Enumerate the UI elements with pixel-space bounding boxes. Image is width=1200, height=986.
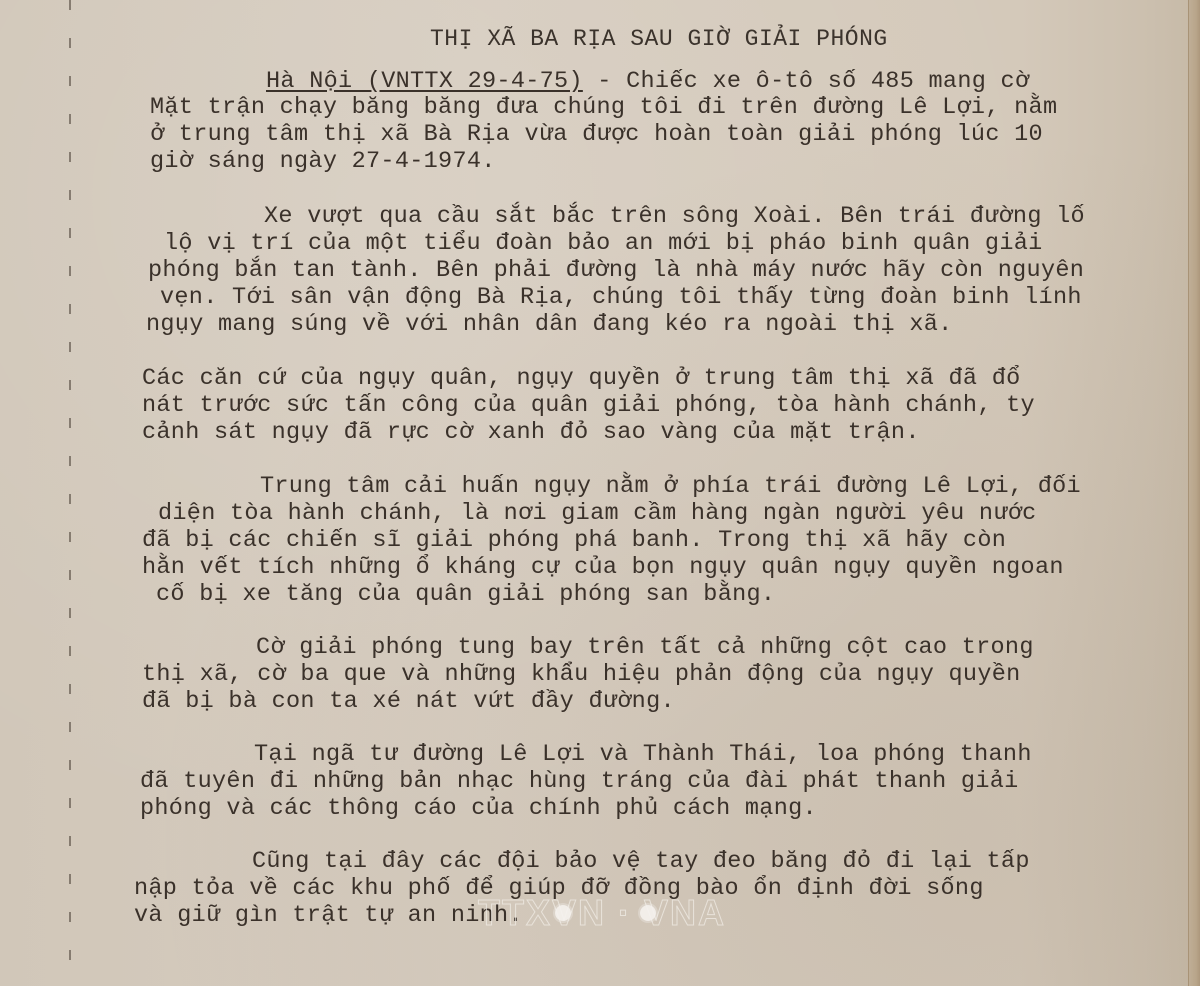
document-line: giờ sáng ngày 27-4-1974. [150, 148, 496, 175]
document-line: lộ vị trí của một tiểu đoàn bảo an mới b… [164, 230, 1043, 257]
document-line: Mặt trận chạy băng băng đưa chúng tôi đi… [150, 94, 1057, 121]
line-text: - Chiếc xe ô-tô số 485 mang cờ [583, 68, 1029, 95]
document-line: và giữ gìn trật tự an ninh. [134, 902, 523, 929]
document-line: Xe vượt qua cầu sắt bắc trên sông Xoài. … [264, 203, 1085, 230]
document-line: phóng bắn tan tành. Bên phải đường là nh… [148, 257, 1084, 284]
globe-logo-icon [640, 905, 656, 921]
document-line: phóng và các thông cáo của chính phủ các… [140, 795, 817, 822]
document-line: Trung tâm cải huấn ngụy nằm ở phía trái … [260, 473, 1081, 500]
dateline: Hà Nội (VNTTX 29-4-75) [266, 68, 583, 95]
document-line: Các căn cứ của ngụy quân, ngụy quyền ở t… [142, 365, 1021, 392]
document-line: đã bị các chiến sĩ giải phóng phá banh. … [142, 527, 1006, 554]
document-line: Tại ngã tư đường Lê Lợi và Thành Thái, l… [254, 741, 1032, 768]
document-title: THỊ XÃ BA RỊA SAU GIỜ GIẢI PHÓNG [430, 26, 888, 52]
document-line: hằn vết tích những ổ kháng cự của bọn ng… [142, 554, 1064, 581]
document-line: ở trung tâm thị xã Bà Rịa vừa được hoàn … [150, 121, 1043, 148]
document-line: đã tuyên đi những bản nhạc hùng tráng củ… [140, 768, 1019, 795]
document-line: đã bị bà con ta xé nát vứt đầy đường. [142, 688, 675, 715]
document-line: cố bị xe tăng của quân giải phóng san bằ… [156, 581, 775, 608]
document-line: cảnh sát ngụy đã rực cờ xanh đỏ sao vàng… [142, 419, 920, 446]
globe-logo-icon [555, 905, 571, 921]
document-line: Cũng tại đây các đội bảo vệ tay đeo băng… [252, 848, 1030, 875]
document-line: vẹn. Tới sân vận động Bà Rịa, chúng tôi … [160, 284, 1082, 311]
document-line: diện tòa hành chánh, là nơi giam cầm hàn… [158, 500, 1037, 527]
agency-watermark: TTXVN · VNA [478, 892, 726, 934]
document-line: thị xã, cờ ba que và những khẩu hiệu phả… [142, 661, 1021, 688]
document-line: Cờ giải phóng tung bay trên tất cả những… [256, 634, 1034, 661]
document-line: nát trước sức tấn công của quân giải phó… [142, 392, 1035, 419]
document-line: Hà Nội (VNTTX 29-4-75) - Chiếc xe ô-tô s… [266, 68, 1029, 95]
paper-edge [1188, 0, 1200, 986]
document-line: ngụy mang súng về với nhân dân đang kéo … [146, 311, 953, 338]
typed-margin-line [69, 0, 71, 986]
